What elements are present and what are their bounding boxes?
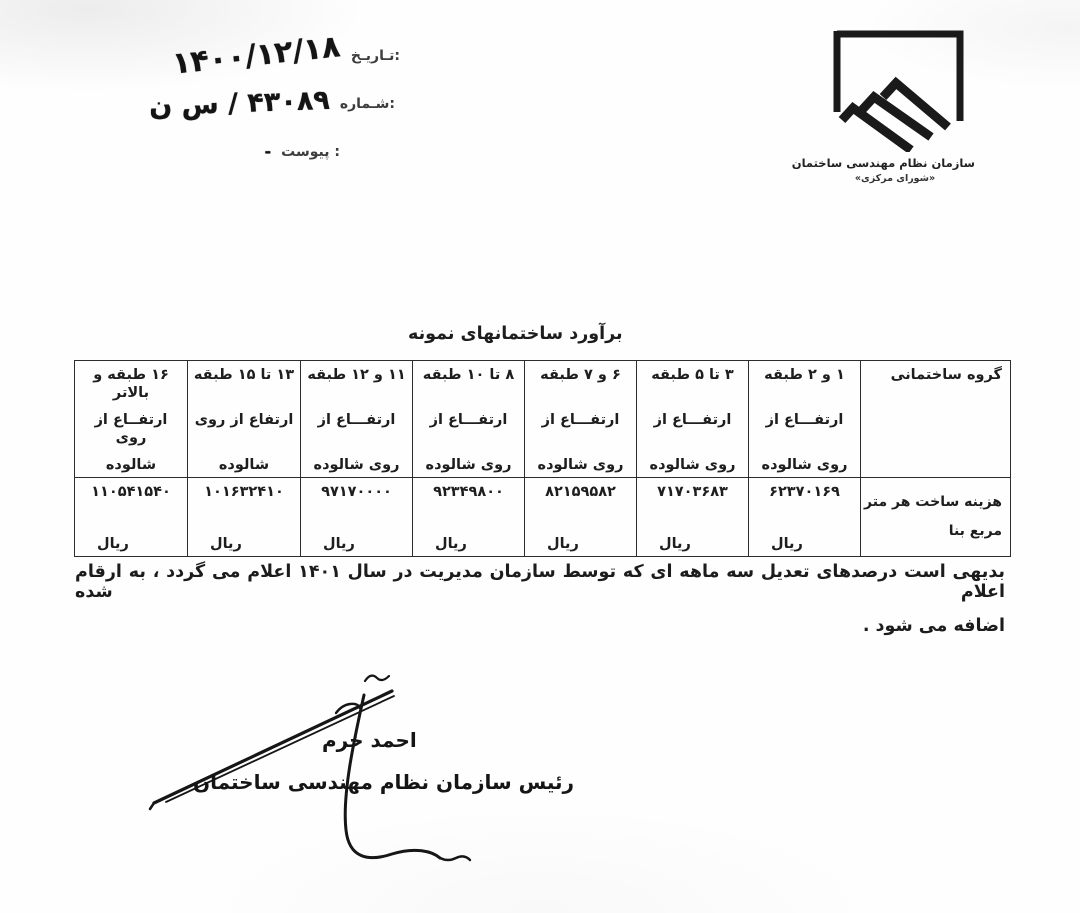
attachment-label: پیوست : — [281, 144, 340, 160]
foundation-label: روی شالوده — [641, 456, 744, 474]
cost-cell-16-plus-floors: ۱۱۰۵۴۱۵۴۰ ریال — [75, 478, 188, 557]
foundation-label: شالوده — [192, 456, 296, 474]
height-from-label: ارتفــاع از روی — [79, 411, 183, 447]
cost-label-line2: مربع بنا — [861, 517, 1002, 546]
date-row: تـاریـخ: ۱۴۰۰/۱۲/۱۸ — [55, 38, 400, 73]
foundation-label: روی شالوده — [753, 456, 856, 474]
cost-label-line1: هزینه ساخت هر متر — [861, 488, 1002, 517]
cost-cell-6-7-floors: ۸۲۱۵۹۵۸۲ ریال — [525, 478, 637, 557]
floors-label: ۸ تا ۱۰ طبقه — [417, 366, 520, 384]
foundation-label: شالوده — [79, 456, 183, 474]
currency-label: ریال — [531, 536, 630, 552]
cost-value: ۸۲۱۵۹۵۸۲ — [531, 484, 630, 500]
scanned-letter-page: تـاریـخ: ۱۴۰۰/۱۲/۱۸ شـماره: ۴۳۰۸۹ / س ن … — [0, 0, 1080, 913]
cost-cell-3-5-floors: ۷۱۷۰۳۶۸۳ ریال — [637, 478, 749, 557]
currency-label: ریال — [419, 536, 518, 552]
height-from-label: ارتفاع از روی — [192, 411, 296, 429]
estimate-table: گروه ساختمانی ۱ و ۲ طبقه ارتفـــاع از رو… — [74, 360, 1011, 557]
attachment-row: پیوست : - — [115, 142, 340, 161]
adjustment-note: بدیهی است درصدهای تعدیل سه ماهه ای که تو… — [75, 562, 1005, 636]
floors-label: ۳ تا ۵ طبقه — [641, 366, 744, 384]
attachment-handwritten-value: - — [265, 142, 272, 161]
floors-label: ۶ و ۷ طبقه — [529, 366, 632, 384]
col-header-16-plus-floors: ۱۶ طبقه و بالاتر ارتفــاع از روی شالوده — [75, 361, 188, 478]
col-header-11-12-floors: ۱۱ و ۱۲ طبقه ارتفـــاع از روی شالوده — [301, 361, 413, 478]
organization-logo: سازمان نظام مهندسی ساختمان «شورای مرکزی» — [815, 24, 975, 184]
cost-value: ۹۷۱۷۰۰۰۰ — [307, 484, 406, 500]
cost-value: ۱۰۱۶۳۲۴۱۰ — [194, 484, 294, 500]
floors-label: ۱۳ تا ۱۵ طبقه — [192, 366, 296, 384]
date-label: تـاریـخ: — [351, 48, 400, 64]
cost-value: ۹۲۳۴۹۸۰۰ — [419, 484, 518, 500]
cost-cell-8-10-floors: ۹۲۳۴۹۸۰۰ ریال — [413, 478, 525, 557]
foundation-label: روی شالوده — [305, 456, 408, 474]
cost-cell-11-12-floors: ۹۷۱۷۰۰۰۰ ریال — [301, 478, 413, 557]
group-header-label: گروه ساختمانی — [861, 361, 1010, 383]
estimate-table-wrapper: گروه ساختمانی ۱ و ۲ طبقه ارتفـــاع از رو… — [74, 360, 1011, 557]
building-organization-logo-icon — [815, 24, 975, 152]
floors-label: ۱۶ طبقه و بالاتر — [79, 366, 183, 402]
number-label: شـماره: — [340, 96, 395, 112]
note-line1: بدیهی است درصدهای تعدیل سه ماهه ای که تو… — [75, 562, 1005, 602]
logo-org-name: سازمان نظام مهندسی ساختمان — [815, 156, 975, 170]
signer-title: رئیس سازمان نظام مهندسی ساختمان — [193, 770, 574, 794]
col-header-3-5-floors: ۳ تا ۵ طبقه ارتفـــاع از روی شالوده — [637, 361, 749, 478]
col-header-6-7-floors: ۶ و ۷ طبقه ارتفـــاع از روی شالوده — [525, 361, 637, 478]
logo-council-name: «شورای مرکزی» — [815, 173, 975, 184]
currency-label: ریال — [755, 536, 854, 552]
cost-cell-1-2-floors: ۶۲۳۷۰۱۶۹ ریال — [749, 478, 861, 557]
currency-label: ریال — [307, 536, 406, 552]
height-from-label: ارتفـــاع از — [417, 411, 520, 429]
cost-value: ۶۲۳۷۰۱۶۹ — [755, 484, 854, 500]
height-from-label: ارتفـــاع از — [529, 411, 632, 429]
currency-label: ریال — [81, 536, 181, 552]
note-line2: اضافه می شود . — [75, 616, 1005, 636]
cost-value: ۱۱۰۵۴۱۵۴۰ — [81, 484, 181, 500]
number-row: شـماره: ۴۳۰۸۹ / س ن — [50, 88, 395, 119]
table-title: برآورد ساختمانهای نمونه — [408, 324, 623, 344]
date-handwritten-value: ۱۴۰۰/۱۲/۱۸ — [171, 29, 342, 81]
foundation-label: روی شالوده — [529, 456, 632, 474]
height-from-label: ارتفـــاع از — [753, 411, 856, 429]
col-header-8-10-floors: ۸ تا ۱۰ طبقه ارتفـــاع از روی شالوده — [413, 361, 525, 478]
col-header-1-2-floors: ۱ و ۲ طبقه ارتفـــاع از روی شالوده — [749, 361, 861, 478]
cost-value: ۷۱۷۰۳۶۸۳ — [643, 484, 742, 500]
height-from-label: ارتفـــاع از — [305, 411, 408, 429]
cost-cell-13-15-floors: ۱۰۱۶۳۲۴۱۰ ریال — [188, 478, 301, 557]
floors-label: ۱۱ و ۱۲ طبقه — [305, 366, 408, 384]
number-handwritten-value: ۴۳۰۸۹ / س ن — [149, 85, 331, 122]
group-header-cell: گروه ساختمانی — [861, 361, 1011, 478]
currency-label: ریال — [194, 536, 294, 552]
cost-row-label-cell: هزینه ساخت هر متر مربع بنا — [861, 478, 1011, 557]
currency-label: ریال — [643, 536, 742, 552]
foundation-label: روی شالوده — [417, 456, 520, 474]
signer-name: احمد خرم — [322, 728, 417, 752]
floors-label: ۱ و ۲ طبقه — [753, 366, 856, 384]
col-header-13-15-floors: ۱۳ تا ۱۵ طبقه ارتفاع از روی شالوده — [188, 361, 301, 478]
height-from-label: ارتفـــاع از — [641, 411, 744, 429]
